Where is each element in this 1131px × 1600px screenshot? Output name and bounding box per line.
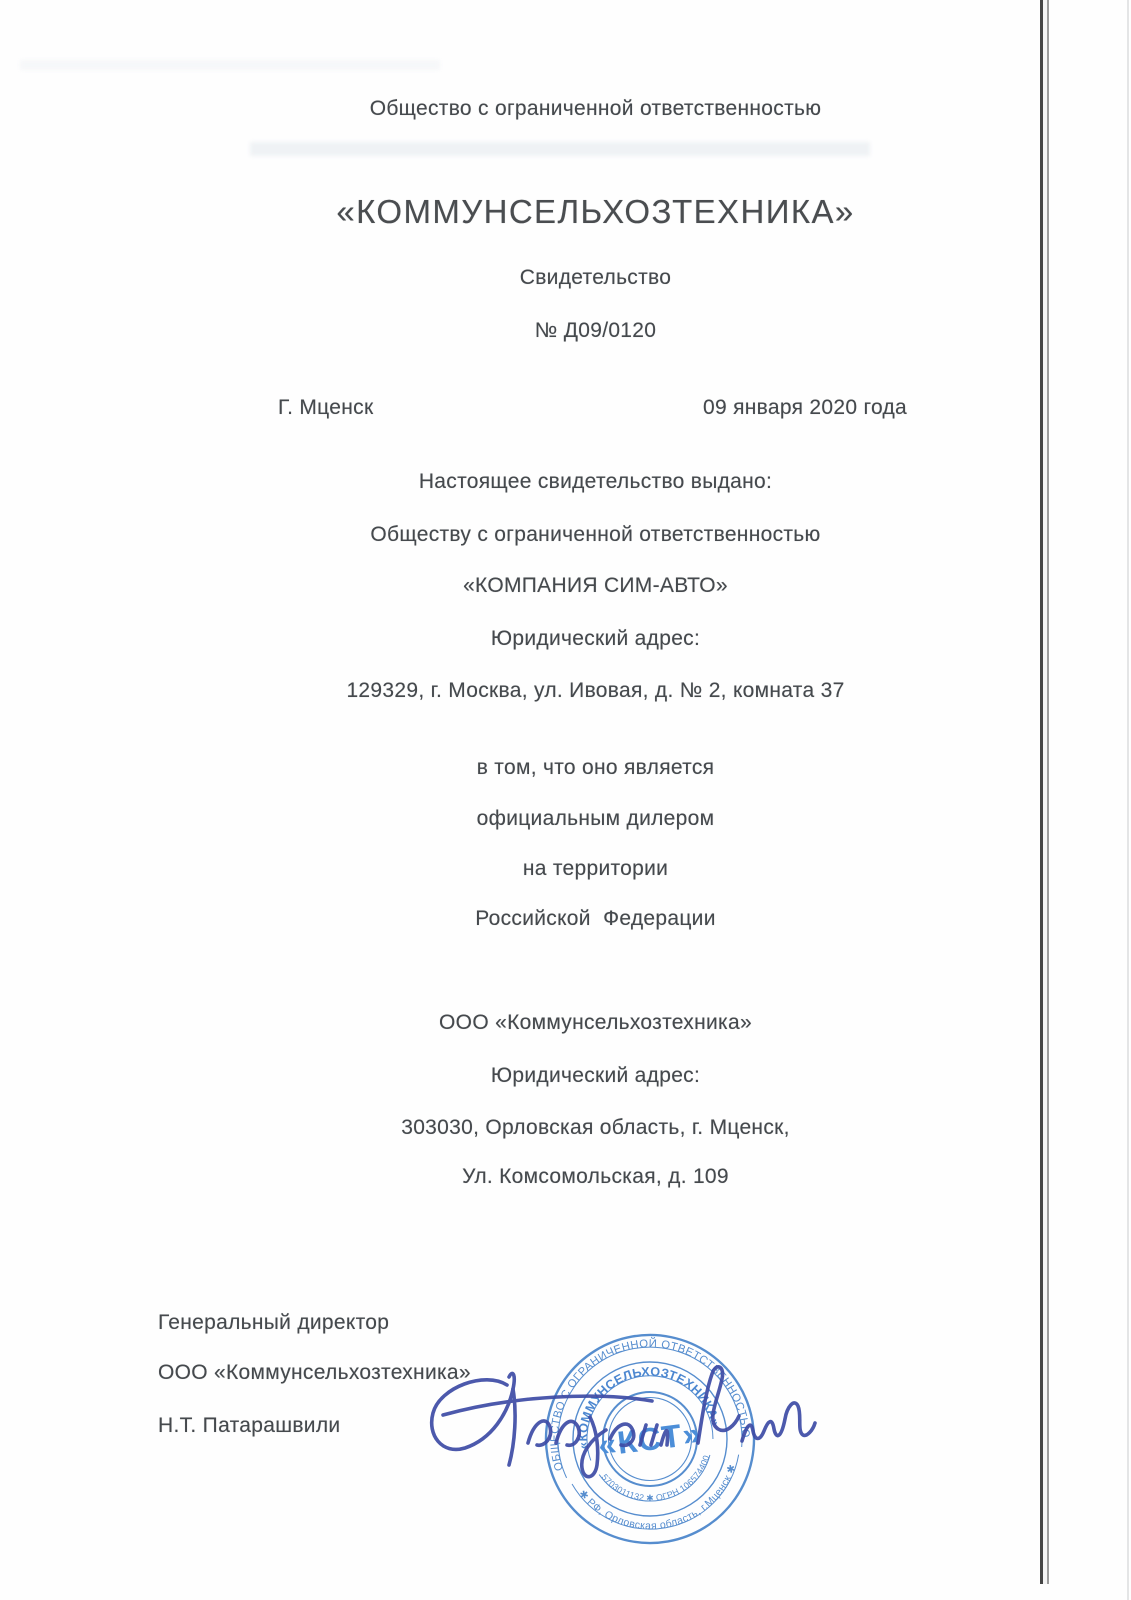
statement-line-3: на территории bbox=[60, 857, 1131, 881]
org-type-line: Общество с ограниченной ответственностью bbox=[60, 97, 1131, 121]
scanned-certificate-page: Общество с ограниченной ответственностью… bbox=[0, 0, 1131, 1600]
director-position: Генеральный директор bbox=[158, 1311, 389, 1335]
issuer-address-line-1: 303030, Орловская область, г. Мценск, bbox=[60, 1116, 1131, 1140]
doc-title: Свидетельство bbox=[60, 266, 1131, 290]
director-name: Н.Т. Патарашвили bbox=[158, 1414, 340, 1438]
issuer-org: ООО «Коммунсельхозтехника» bbox=[60, 1011, 1131, 1035]
scan-noise-band-top bbox=[20, 60, 440, 70]
statement-line-2: официальным дилером bbox=[60, 807, 1131, 831]
statement-line-1: в том, что оно является bbox=[60, 756, 1131, 780]
recipient-address: 129329, г. Москва, ул. Ивовая, д. № 2, к… bbox=[60, 679, 1131, 703]
statement-line-4: Российской Федерации bbox=[60, 907, 1131, 931]
date-label: 09 января 2020 года bbox=[703, 396, 907, 420]
director-signature bbox=[410, 1355, 830, 1495]
doc-number: № Д09/0120 bbox=[60, 319, 1131, 343]
scan-line-artifact bbox=[1040, 0, 1049, 1584]
city-label: Г. Мценск bbox=[278, 396, 373, 420]
issued-line: Настоящее свидетельство выдано: bbox=[60, 470, 1131, 494]
recipient-address-label: Юридический адрес: bbox=[60, 627, 1131, 651]
recipient-org-name: «КОМПАНИЯ СИМ-АВТО» bbox=[60, 574, 1131, 598]
issuer-address-line-2: Ул. Комсомольская, д. 109 bbox=[60, 1165, 1131, 1189]
issuer-address-label: Юридический адрес: bbox=[60, 1064, 1131, 1088]
scan-noise-band bbox=[250, 142, 870, 156]
paper-edge-artifact bbox=[1127, 0, 1129, 1600]
org-name-heading: «КОММУНСЕЛЬХОЗТЕХНИКА» bbox=[60, 193, 1131, 231]
recipient-org-type: Обществу с ограниченной ответственностью bbox=[60, 523, 1131, 547]
